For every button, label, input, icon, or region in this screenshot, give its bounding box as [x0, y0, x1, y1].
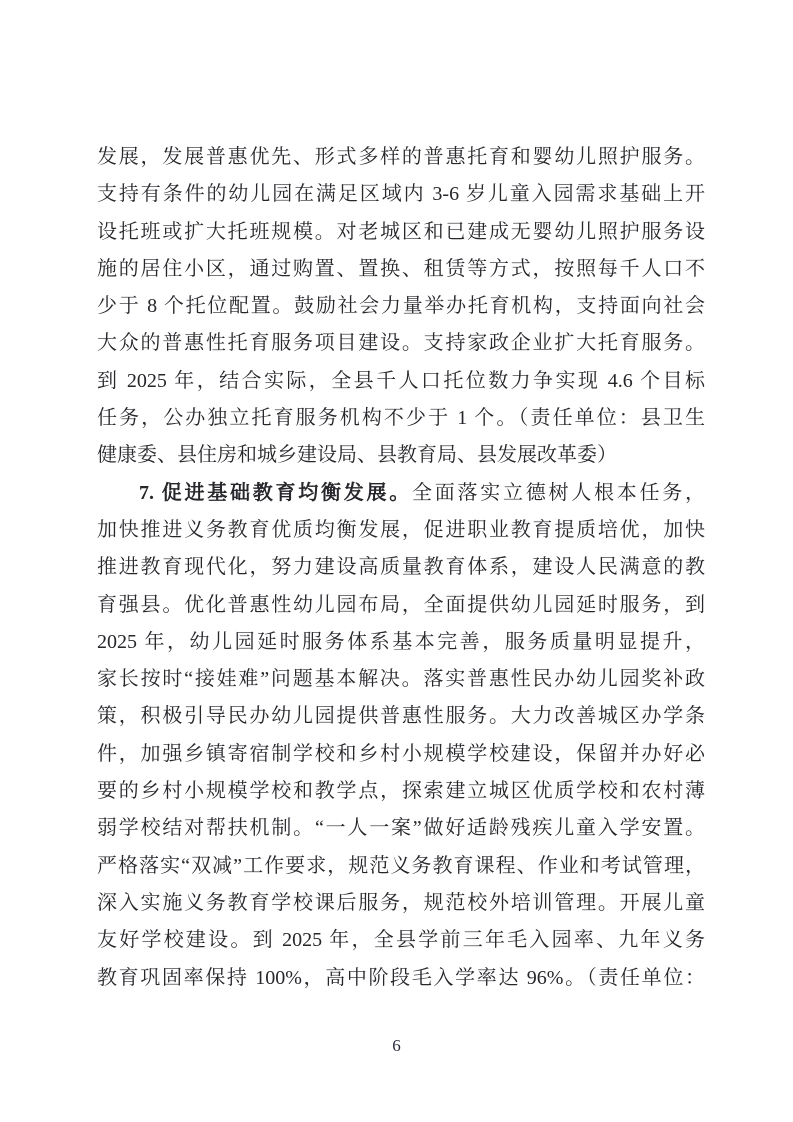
text-line: 加快推进义务教育优质均衡发展，促进职业教育提质培优，加快 — [97, 512, 705, 549]
text-line: 弱学校结对帮扶机制。“一人一案”做好适龄残疾儿童入学安置。 — [97, 810, 705, 847]
line-text: 全面落实立德树人根本任务， — [412, 482, 705, 504]
text-line: 深入实施义务教育学校课后服务，规范校外培训管理。开展儿童 — [97, 885, 705, 922]
text-line: 友好学校建设。到 2025 年，全县学前三年毛入园率、九年义务 — [97, 922, 705, 959]
text-line: 严格落实“双减”工作要求，规范义务教育课程、作业和考试管理， — [97, 848, 705, 885]
text-line: 任务，公办独立托育服务机构不少于 1 个。（责任单位：县卫生 — [97, 400, 705, 437]
document-page: 发展，发展普惠优先、形式多样的普惠托育和婴幼儿照护服务。支持有条件的幼儿园在满足… — [0, 0, 793, 1122]
text-line: 7. 促进基础教育均衡发展。全面落实立德树人根本任务， — [97, 475, 705, 512]
text-line: 2025 年，幼儿园延时服务体系基本完善，服务质量明显提升， — [97, 624, 705, 661]
section-heading: 7. 促进基础教育均衡发展。 — [139, 482, 412, 504]
text-line: 少于 8 个托位配置。鼓励社会力量举办托育机构，支持面向社会 — [97, 288, 705, 325]
text-line: 大众的普惠性托育服务项目建设。支持家政企业扩大托育服务。 — [97, 325, 705, 362]
page-number: 6 — [392, 1034, 401, 1058]
text-line: 设托班或扩大托班规模。对老城区和已建成无婴幼儿照护服务设 — [97, 214, 705, 251]
page-footer: 6 — [0, 1034, 793, 1058]
text-line: 件，加强乡镇寄宿制学校和乡村小规模学校建设，保留并办好必 — [97, 736, 705, 773]
text-line: 要的乡村小规模学校和教学点，探索建立城区优质学校和农村薄 — [97, 773, 705, 810]
text-line: 家长按时“接娃难”问题基本解决。落实普惠性民办幼儿园奖补政 — [97, 661, 705, 698]
text-line: 施的居住小区，通过购置、置换、租赁等方式，按照每千人口不 — [97, 251, 705, 288]
text-line: 支持有条件的幼儿园在满足区域内 3-6 岁儿童入园需求基础上开 — [97, 176, 705, 213]
text-line: 育强县。优化普惠性幼儿园布局，全面提供幼儿园延时服务，到 — [97, 587, 705, 624]
text-line: 发展，发展普惠优先、形式多样的普惠托育和婴幼儿照护服务。 — [97, 139, 705, 176]
text-line: 健康委、县住房和城乡建设局、县教育局、县发展改革委） — [97, 437, 705, 474]
text-line: 策，积极引导民办幼儿园提供普惠性服务。大力改善城区办学条 — [97, 698, 705, 735]
text-line: 推进教育现代化，努力建设高质量教育体系，建设人民满意的教 — [97, 549, 705, 586]
text-line: 教育巩固率保持 100%，高中阶段毛入学率达 96%。（责任单位： — [97, 960, 705, 997]
text-line: 到 2025 年，结合实际，全县千人口托位数力争实现 4.6 个目标 — [97, 363, 705, 400]
document-body: 发展，发展普惠优先、形式多样的普惠托育和婴幼儿照护服务。支持有条件的幼儿园在满足… — [97, 139, 705, 997]
